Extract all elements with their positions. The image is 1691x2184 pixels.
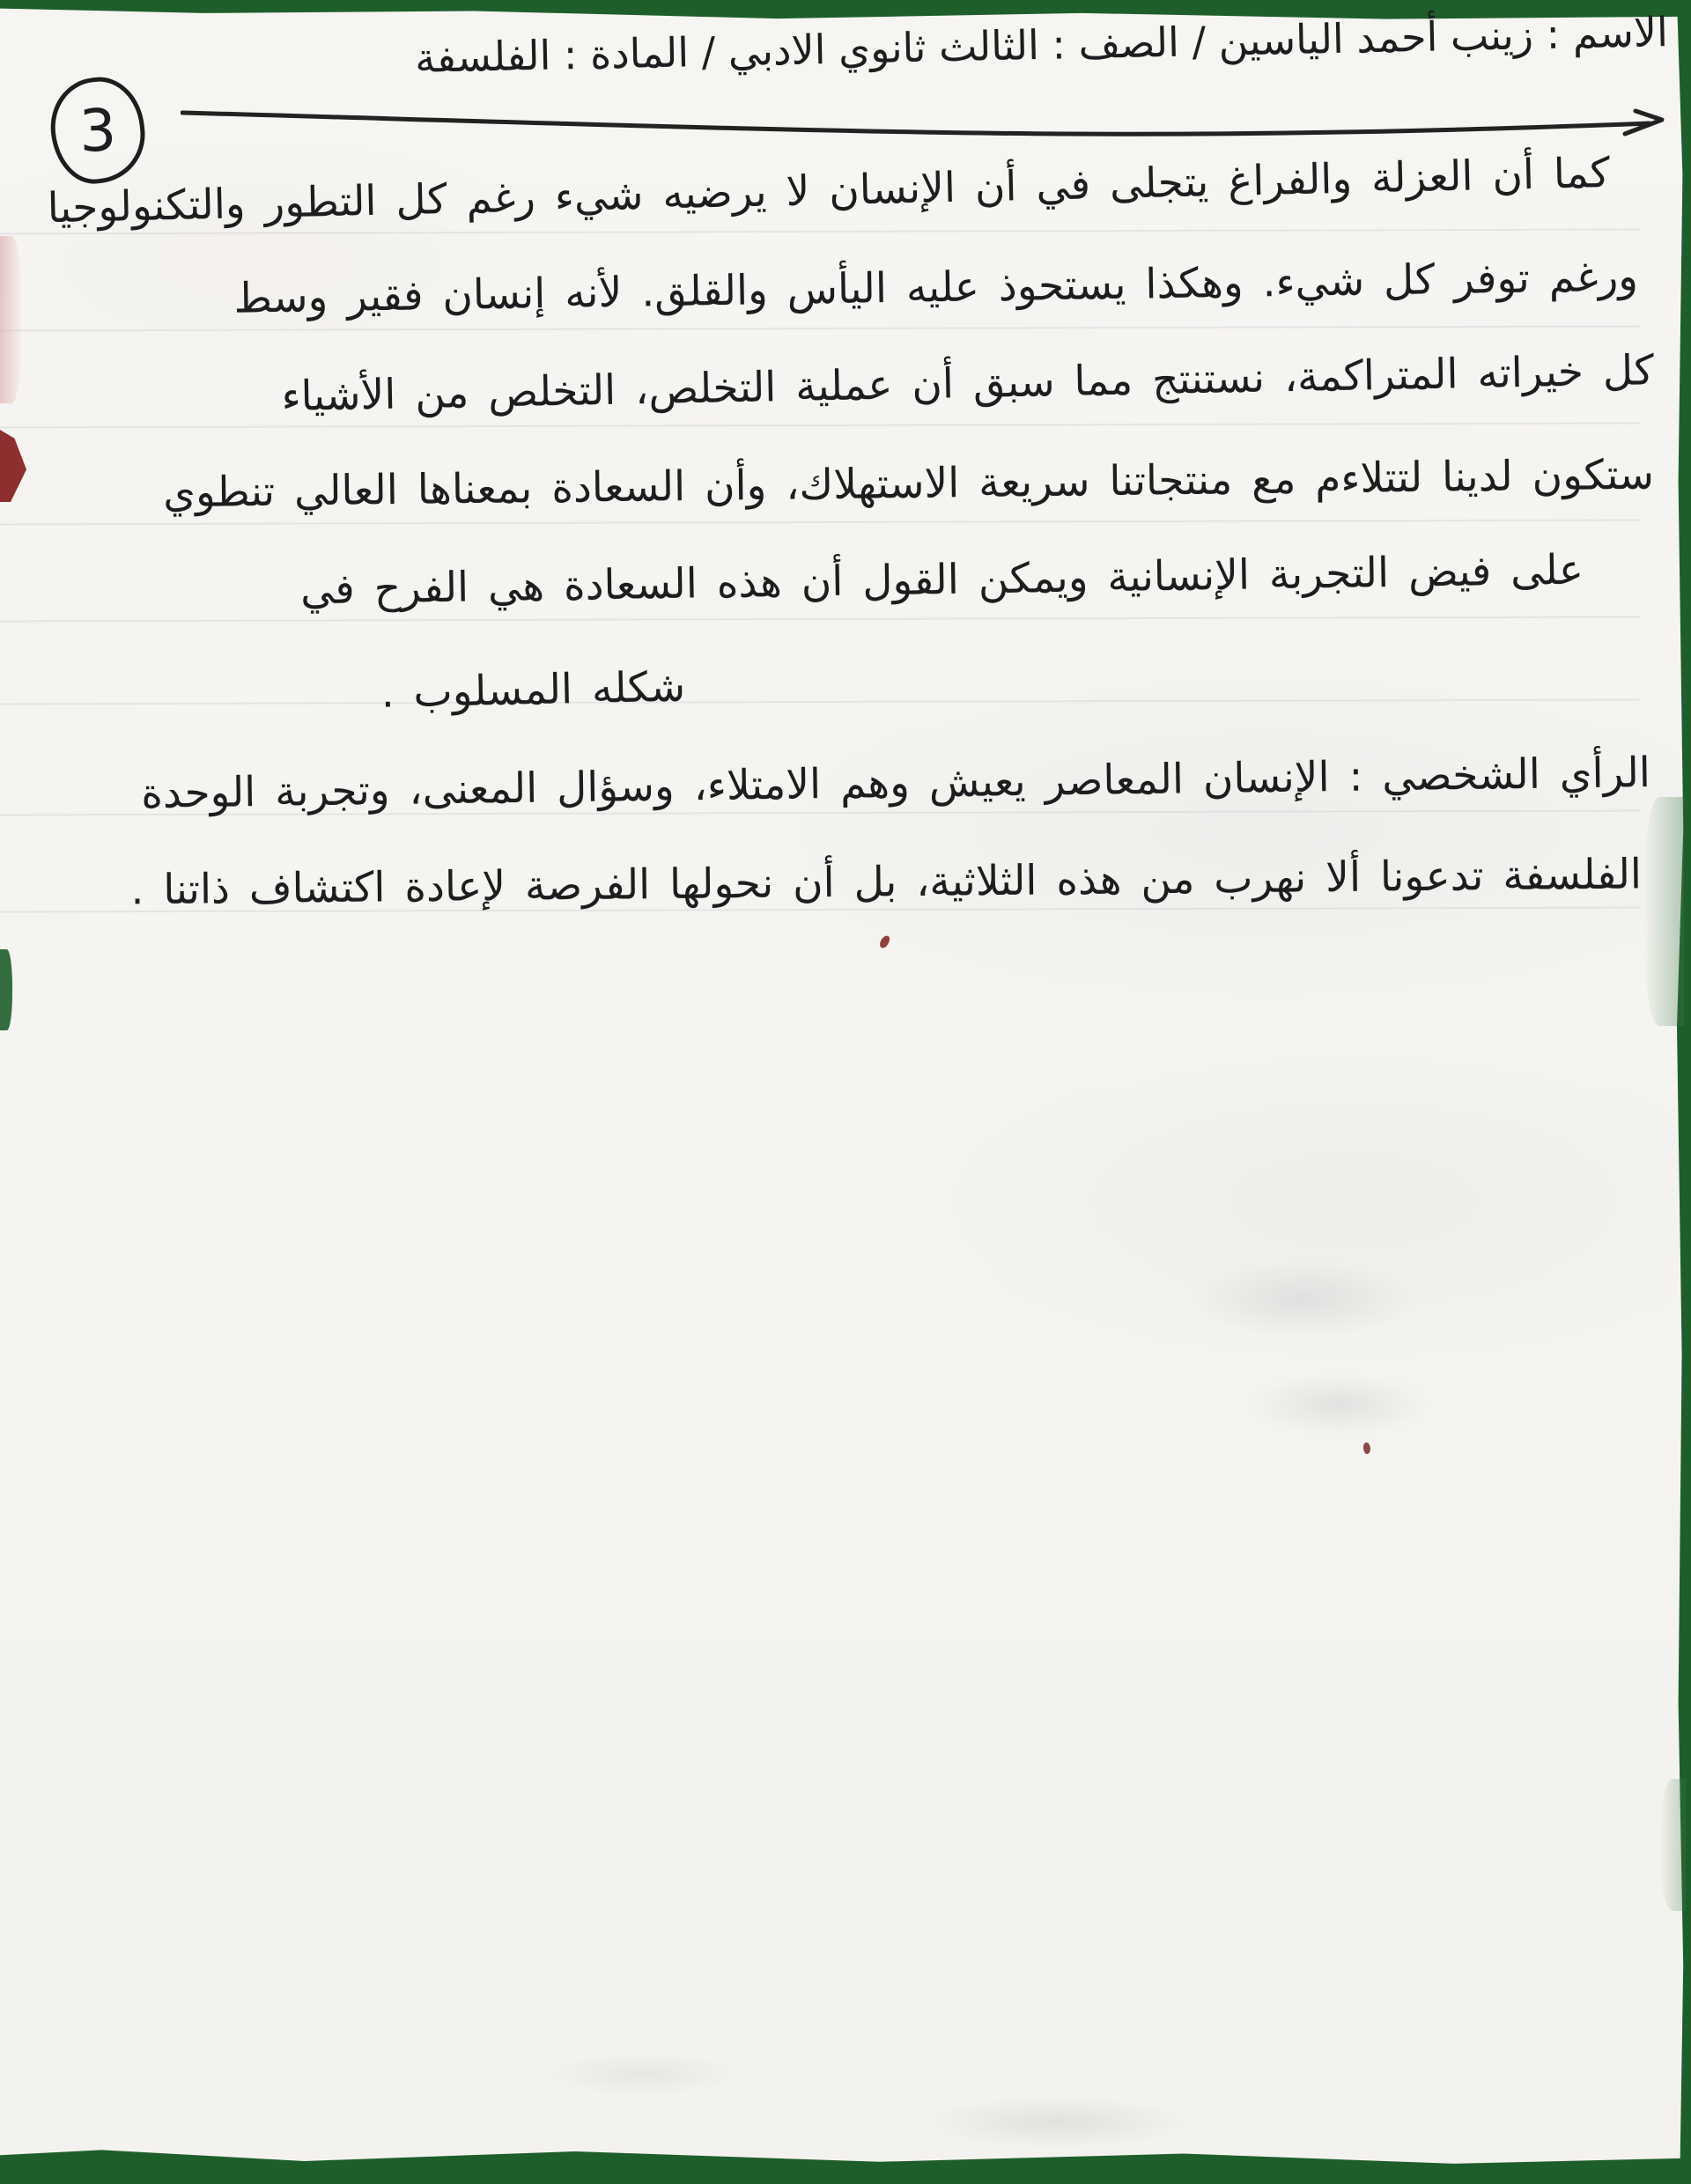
paper-smudge (546, 2052, 740, 2096)
handwritten-line-4: ستكون لدينا لتتلاءم مع منتجاتنا سريعة ال… (9, 445, 1662, 527)
handwritten-line-5: على فيض التجربة الإنسانية ويمكن القول أن… (9, 538, 1662, 626)
page-number-badge: 3 (46, 73, 150, 188)
scan-edge-right-smear-2 (1659, 1779, 1686, 1911)
page-number: 3 (78, 96, 118, 165)
paper-smudge (925, 2096, 1189, 2149)
handwritten-line-1: كما أن العزلة والفراغ يتجلى في أن الإنسا… (8, 142, 1661, 241)
red-ink-speck (1362, 1442, 1372, 1454)
red-ink-speck (878, 934, 890, 949)
paper-smudge (1189, 1259, 1418, 1339)
handwritten-line-8: الفلسفة تدعونا ألا نهرب من هذه الثلاثية،… (9, 844, 1662, 923)
handwritten-line-2: ورغم توفر كل شيء. وهكذا يستحوذ عليه اليأ… (9, 246, 1662, 334)
scanned-page: 3 الاسم : زينب أحمد الياسين / الصف : الث… (0, 0, 1691, 2184)
header-underline (181, 88, 1687, 150)
handwritten-line-7-personal-opinion: الرأي الشخصي : الإنسان المعاصر يعيش وهم … (9, 742, 1662, 828)
paper-smudge (1251, 1374, 1427, 1435)
scan-edge-right-smear (1643, 797, 1684, 1026)
handwritten-line-3: كل خيراته المتراكمة، نستنتج مما سبق أن ع… (8, 340, 1661, 434)
scan-edge-left-streak (0, 949, 12, 1030)
handwritten-line-6: شكله المسلوب . (8, 636, 1661, 733)
scan-edge-bottom (0, 2147, 1691, 2184)
